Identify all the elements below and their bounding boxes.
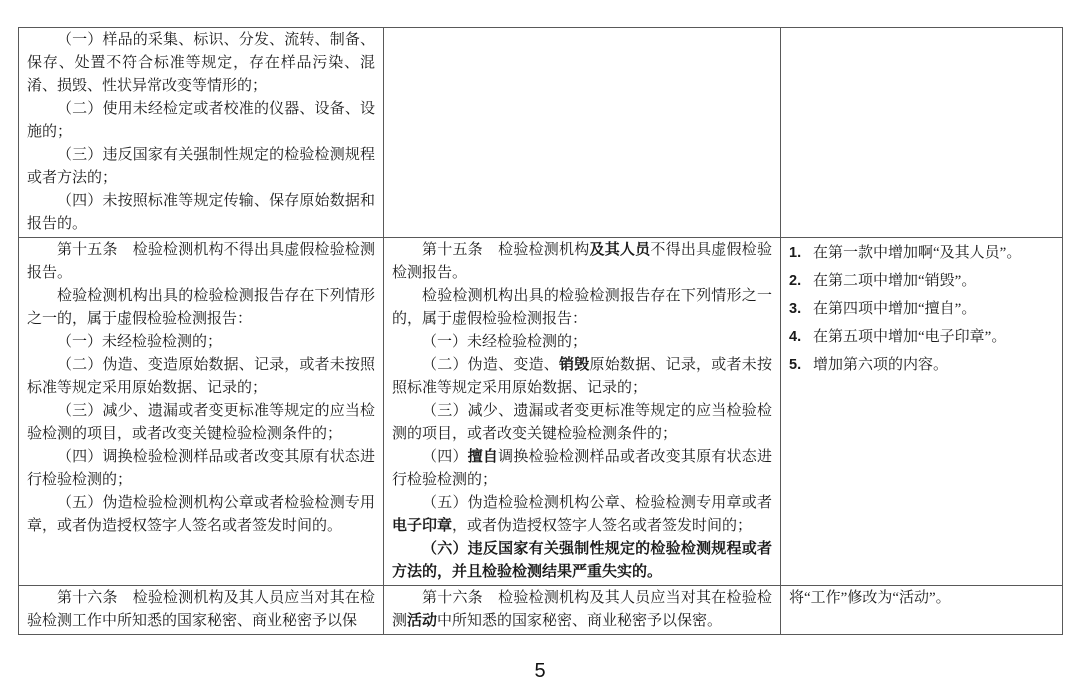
paragraph: （三）违反国家有关强制性规定的检验检测规程或者方法的； (27, 144, 375, 190)
cell-old-text-article-16: 第十六条 检验检测机构及其人员应当对其在检验检测工作中所知悉的国家秘密、商业秘密… (19, 586, 384, 635)
bold-text-run: 擅自 (468, 449, 498, 465)
text-run: （二）伪造、变造原始数据、记录，或者未按照标准等规定采用原始数据、记录的； (27, 357, 375, 396)
text-run: （一）未经检验检测的； (422, 334, 587, 350)
text-run: 第十五条 检验检测机构不得出具虚假检验检测报告。 (27, 242, 375, 281)
paragraph: （二）伪造、变造、销毁原始数据、记录，或者未按照标准等规定采用原始数据、记录的； (392, 354, 772, 400)
bold-text-run: 及其人员 (589, 242, 650, 258)
cell-new-text-article-15: 第十五条 检验检测机构及其人员不得出具虚假检验检测报告。检验检测机构出具的检验检… (384, 238, 781, 586)
paragraph: 第十六条 检验检测机构及其人员应当对其在检验检测工作中所知悉的国家秘密、商业秘密… (27, 587, 375, 633)
list-item-number: 3. (789, 295, 813, 323)
text-run: ，或者伪造授权签字人签名或者签发时间的； (452, 518, 752, 534)
bold-text-run: 活动 (407, 613, 437, 629)
numbered-list-item: 1.在第一款中增加啊“及其人员”。 (789, 239, 1054, 267)
text-run: （五）伪造检验检测机构公章或者检验检测专用章，或者伪造授权签字人签名或者签发时间… (27, 495, 375, 534)
text-run: （三）减少、遗漏或者变更标准等规定的应当检验检测的项目，或者改变关键检验检测条件… (27, 403, 375, 442)
list-item-number: 4. (789, 323, 813, 351)
paragraph: 检验检测机构出具的检验检测报告存在下列情形之一的，属于虚假检验检测报告： (27, 285, 375, 331)
comparison-table: （一）样品的采集、标识、分发、流转、制备、保存、处置不符合标准等规定，存在样品污… (18, 27, 1063, 635)
cell-notes-empty (781, 28, 1063, 238)
paragraph: 第十六条 检验检测机构及其人员应当对其在检验检测活动中所知悉的国家秘密、商业秘密… (392, 587, 772, 633)
numbered-list-item: 4.在第五项中增加“电子印章”。 (789, 323, 1054, 351)
cell-old-text-continuation: （一）样品的采集、标识、分发、流转、制备、保存、处置不符合标准等规定，存在样品污… (19, 28, 384, 238)
cell-new-text-article-16: 第十六条 检验检测机构及其人员应当对其在检验检测活动中所知悉的国家秘密、商业秘密… (384, 586, 781, 635)
paragraph: （五）伪造检验检测机构公章或者检验检测专用章，或者伪造授权签字人签名或者签发时间… (27, 492, 375, 538)
cell-notes-article-15: 1.在第一款中增加啊“及其人员”。2.在第二项中增加“销毁”。3.在第四项中增加… (781, 238, 1063, 586)
paragraph: （六）违反国家有关强制性规定的检验检测规程或者方法的，并且检验检测结果严重失实的… (392, 538, 772, 584)
cell-old-text-article-15: 第十五条 检验检测机构不得出具虚假检验检测报告。检验检测机构出具的检验检测报告存… (19, 238, 384, 586)
numbered-list-item: 5.增加第六项的内容。 (789, 351, 1054, 379)
text-run: 检验检测机构出具的检验检测报告存在下列情形之一的，属于虚假检验检测报告： (27, 288, 375, 327)
paragraph: （四）调换检验检测样品或者改变其原有状态进行检验检测的； (27, 446, 375, 492)
text-run: （四） (422, 449, 468, 465)
text-run: （一）样品的采集、标识、分发、流转、制备、保存、处置不符合标准等规定，存在样品污… (27, 32, 375, 94)
paragraph: 第十五条 检验检测机构不得出具虚假检验检测报告。 (27, 239, 375, 285)
paragraph: （五）伪造检验检测机构公章、检验检测专用章或者电子印章，或者伪造授权签字人签名或… (392, 492, 772, 538)
list-item-text: 在第一款中增加啊“及其人员”。 (813, 239, 1054, 267)
bold-text-run: （六）违反国家有关强制性规定的检验检测规程或者方法的，并且检验检测结果严重失实的… (392, 541, 772, 580)
list-item-text: 在第四项中增加“擅自”。 (813, 295, 1054, 323)
text-run: 第十五条 检验检测机构 (422, 242, 589, 258)
paragraph: （三）减少、遗漏或者变更标准等规定的应当检验检测的项目，或者改变关键检验检测条件… (27, 400, 375, 446)
document-page: （一）样品的采集、标识、分发、流转、制备、保存、处置不符合标准等规定，存在样品污… (0, 0, 1080, 700)
text-run: （二）伪造、变造、 (422, 357, 559, 373)
table-row-continuation: （一）样品的采集、标识、分发、流转、制备、保存、处置不符合标准等规定，存在样品污… (19, 28, 1063, 238)
list-item-text: 增加第六项的内容。 (813, 351, 1054, 379)
bold-text-run: 销毁 (559, 357, 589, 373)
text-run: 检验检测机构出具的检验检测报告存在下列情形之一的，属于虚假检验检测报告： (392, 288, 772, 327)
text-run: （四）调换检验检测样品或者改变其原有状态进行检验检测的； (27, 449, 375, 488)
table-row-article-16: 第十六条 检验检测机构及其人员应当对其在检验检测工作中所知悉的国家秘密、商业秘密… (19, 586, 1063, 635)
paragraph: （一）未经检验检测的； (392, 331, 772, 354)
cell-notes-article-16: 将“工作”修改为“活动”。 (781, 586, 1063, 635)
page-number: 5 (0, 660, 1080, 683)
text-run: 将“工作”修改为“活动”。 (789, 590, 951, 606)
text-run: （五）伪造检验检测机构公章、检验检测专用章或者 (422, 495, 772, 511)
text-run: 第十六条 检验检测机构及其人员应当对其在检验检测工作中所知悉的国家秘密、商业秘密… (27, 590, 375, 629)
paragraph: （三）减少、遗漏或者变更标准等规定的应当检验检测的项目，或者改变关键检验检测条件… (392, 400, 772, 446)
numbered-list-item: 3.在第四项中增加“擅自”。 (789, 295, 1054, 323)
paragraph: （四）未按照标准等规定传输、保存原始数据和报告的。 (27, 190, 375, 236)
text-run: 中所知悉的国家秘密、商业秘密予以保密。 (437, 613, 722, 629)
text-run: （三）违反国家有关强制性规定的检验检测规程或者方法的； (27, 147, 375, 186)
list-item-text: 在第五项中增加“电子印章”。 (813, 323, 1054, 351)
cell-new-text-empty (384, 28, 781, 238)
table-row-article-15: 第十五条 检验检测机构不得出具虚假检验检测报告。检验检测机构出具的检验检测报告存… (19, 238, 1063, 586)
paragraph: （一）样品的采集、标识、分发、流转、制备、保存、处置不符合标准等规定，存在样品污… (27, 29, 375, 98)
list-item-number: 1. (789, 239, 813, 267)
paragraph: （二）使用未经检定或者校准的仪器、设备、设施的； (27, 98, 375, 144)
list-item-text: 在第二项中增加“销毁”。 (813, 267, 1054, 295)
text-run: （四）未按照标准等规定传输、保存原始数据和报告的。 (27, 193, 375, 232)
bold-text-run: 电子印章 (392, 518, 452, 534)
text-run: （三）减少、遗漏或者变更标准等规定的应当检验检测的项目，或者改变关键检验检测条件… (392, 403, 772, 442)
paragraph: （四）擅自调换检验检测样品或者改变其原有状态进行检验检测的； (392, 446, 772, 492)
paragraph: 将“工作”修改为“活动”。 (789, 587, 1054, 610)
text-run: （一）未经检验检测的； (57, 334, 222, 350)
paragraph: （一）未经检验检测的； (27, 331, 375, 354)
paragraph: 第十五条 检验检测机构及其人员不得出具虚假检验检测报告。 (392, 239, 772, 285)
numbered-list-item: 2.在第二项中增加“销毁”。 (789, 267, 1054, 295)
paragraph: 检验检测机构出具的检验检测报告存在下列情形之一的，属于虚假检验检测报告： (392, 285, 772, 331)
text-run: （二）使用未经检定或者校准的仪器、设备、设施的； (27, 101, 375, 140)
paragraph: （二）伪造、变造原始数据、记录，或者未按照标准等规定采用原始数据、记录的； (27, 354, 375, 400)
list-item-number: 5. (789, 351, 813, 379)
list-item-number: 2. (789, 267, 813, 295)
